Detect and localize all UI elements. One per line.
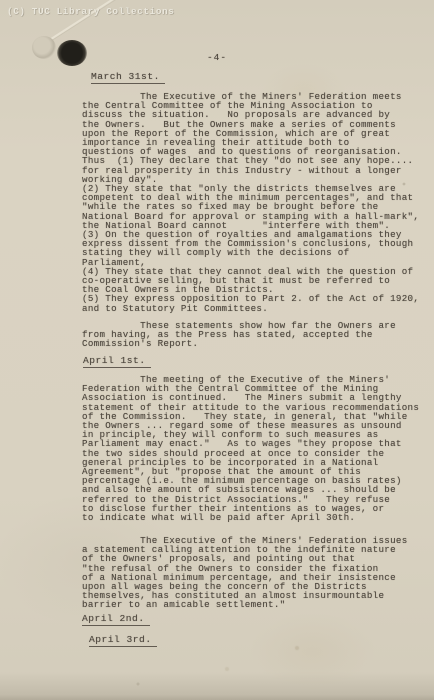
paragraph-april1-meeting-continued: The meeting of the Executive of the Mine… — [82, 375, 419, 522]
section-heading-april-1st: April 1st. — [83, 355, 151, 368]
paragraph-march31-press-statement: These statements show how far the Owners… — [82, 321, 396, 349]
section-heading-april-3rd: April 3rd. — [89, 634, 157, 647]
copyright-watermark: (C) TUC Library Collections — [7, 6, 174, 17]
paragraph-april1-executive-statement: The Executive of the Miners' Federation … — [82, 536, 408, 610]
section-heading-march-31st: March 31st. — [91, 71, 165, 84]
paragraph-march31-owners-comments: The Executive of the Miners' Federation … — [82, 92, 419, 313]
paper-specks — [0, 0, 2, 2]
section-heading-april-2nd: April 2nd. — [82, 613, 150, 626]
page-number: -4- — [0, 52, 434, 63]
document-page: (C) TUC Library Collections -4- March 31… — [0, 0, 434, 700]
